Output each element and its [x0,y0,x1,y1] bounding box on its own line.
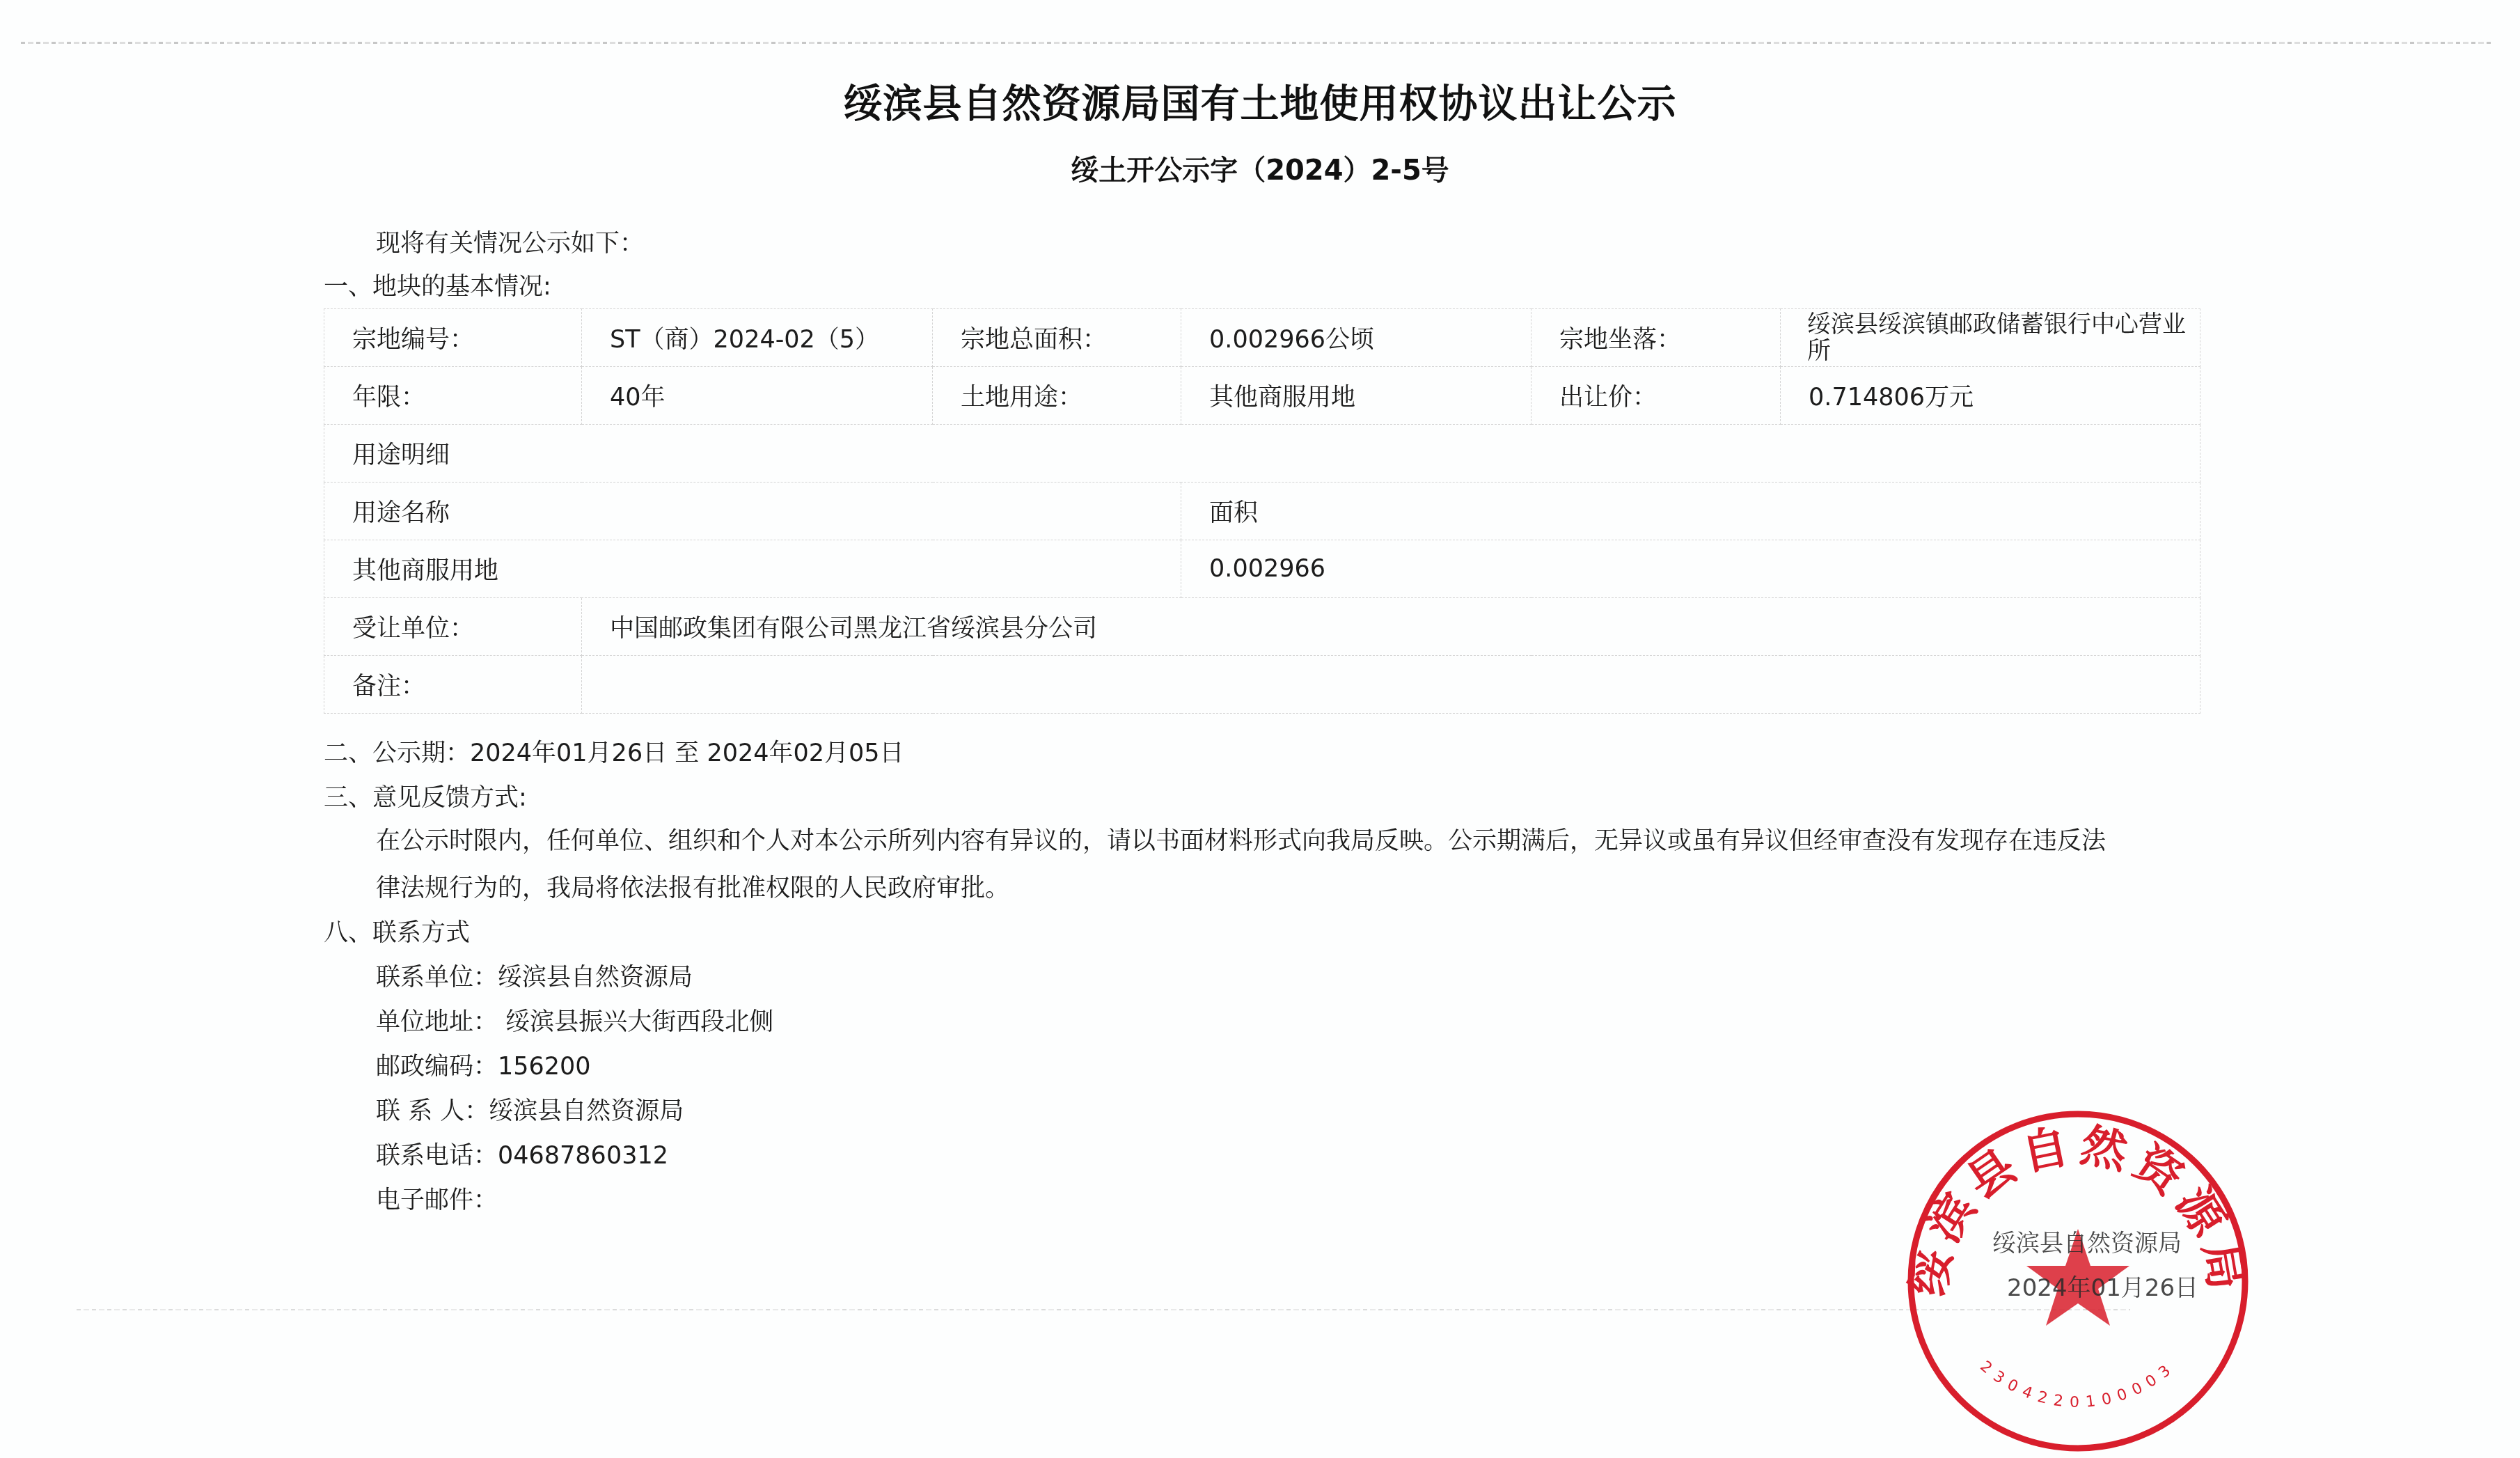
intro-text: 现将有关情况公示如下： [376,224,644,259]
total-area-label: 宗地总面积： [933,309,1181,367]
remarks-value [582,656,2200,714]
table-row: 用途明细 [324,425,2200,483]
price-value: 0.714806万元 [1781,367,2200,425]
contact-phone: 联系电话：04687860312 [376,1136,668,1171]
term-value: 40年 [582,367,933,425]
section1-heading: 一、地块的基本情况: [324,267,551,302]
contact-email: 电子邮件： [376,1181,498,1216]
table-row: 受让单位： 中国邮政集团有限公司黑龙江省绥滨县分公司 [324,598,2200,656]
use-area-cell: 0.002966 [1181,540,2200,598]
contact-postcode: 邮政编码：156200 [376,1047,591,1082]
contact-unit: 联系单位：绥滨县自然资源局 [376,958,693,993]
parcel-info-table: 宗地编号： ST（商）2024-02（5） 宗地总面积： 0.002966公顷 … [324,308,2200,714]
remarks-label: 备注： [324,656,582,714]
use-detail-label: 用途明细 [324,425,2200,483]
land-use-value: 其他商服用地 [1181,367,1531,425]
section3-paragraph-line2: 律法规行为的，我局将依法报有批准权限的人民政府审批。 [376,869,1009,904]
scan-artifact-top [21,42,2492,44]
use-name-cell: 其他商服用地 [324,540,1181,598]
section3-heading: 三、意见反馈方式: [324,778,527,813]
contact-address: 单位地址： 绥滨县振兴大街西段北侧 [376,1003,773,1037]
contact-person: 联 系 人：绥滨县自然资源局 [376,1092,684,1127]
seal-printed-date: 2024年01月26日 [2007,1269,2198,1303]
seal-printed-org: 绥滨县自然资源局 [1992,1224,2182,1258]
table-row: 年限： 40年 土地用途： 其他商服用地 出让价： 0.714806万元 [324,367,2200,425]
section3-paragraph-line1: 在公示时限内，任何单位、组织和个人对本公示所列内容有异议的，请以书面材料形式向我… [376,822,2106,856]
transferee-value: 中国邮政集团有限公司黑龙江省绥滨县分公司 [582,598,2200,656]
scan-artifact-bottom [77,1309,2130,1310]
land-use-label: 土地用途： [933,367,1181,425]
table-row: 宗地编号： ST（商）2024-02（5） 宗地总面积： 0.002966公顷 … [324,309,2200,367]
table-row: 其他商服用地 0.002966 [324,540,2200,598]
document-title: 绥滨县自然资源局国有土地使用权协议出让公示 [0,73,2520,129]
transferee-label: 受让单位： [324,598,582,656]
parcel-no-value: ST（商）2024-02（5） [582,309,933,367]
document-number: 绥土开公示字（2024）2-5号 [0,148,2520,188]
table-row: 备注： [324,656,2200,714]
use-area-header: 面积 [1181,483,2200,540]
section2-publicity-period: 二、公示期：2024年01月26日 至 2024年02月05日 [324,734,904,769]
parcel-no-label: 宗地编号： [324,309,582,367]
price-label: 出让价： [1531,367,1781,425]
total-area-value: 0.002966公顷 [1181,309,1531,367]
svg-text:2304220100003: 2304220100003 [1976,1358,2179,1411]
term-label: 年限： [324,367,582,425]
use-name-header: 用途名称 [324,483,1181,540]
location-label: 宗地坐落： [1531,309,1781,367]
table-row: 用途名称 面积 [324,483,2200,540]
location-value: 绥滨县绥滨镇邮政储蓄银行中心营业所 [1781,309,2200,367]
section8-heading: 八、联系方式 [324,914,470,948]
